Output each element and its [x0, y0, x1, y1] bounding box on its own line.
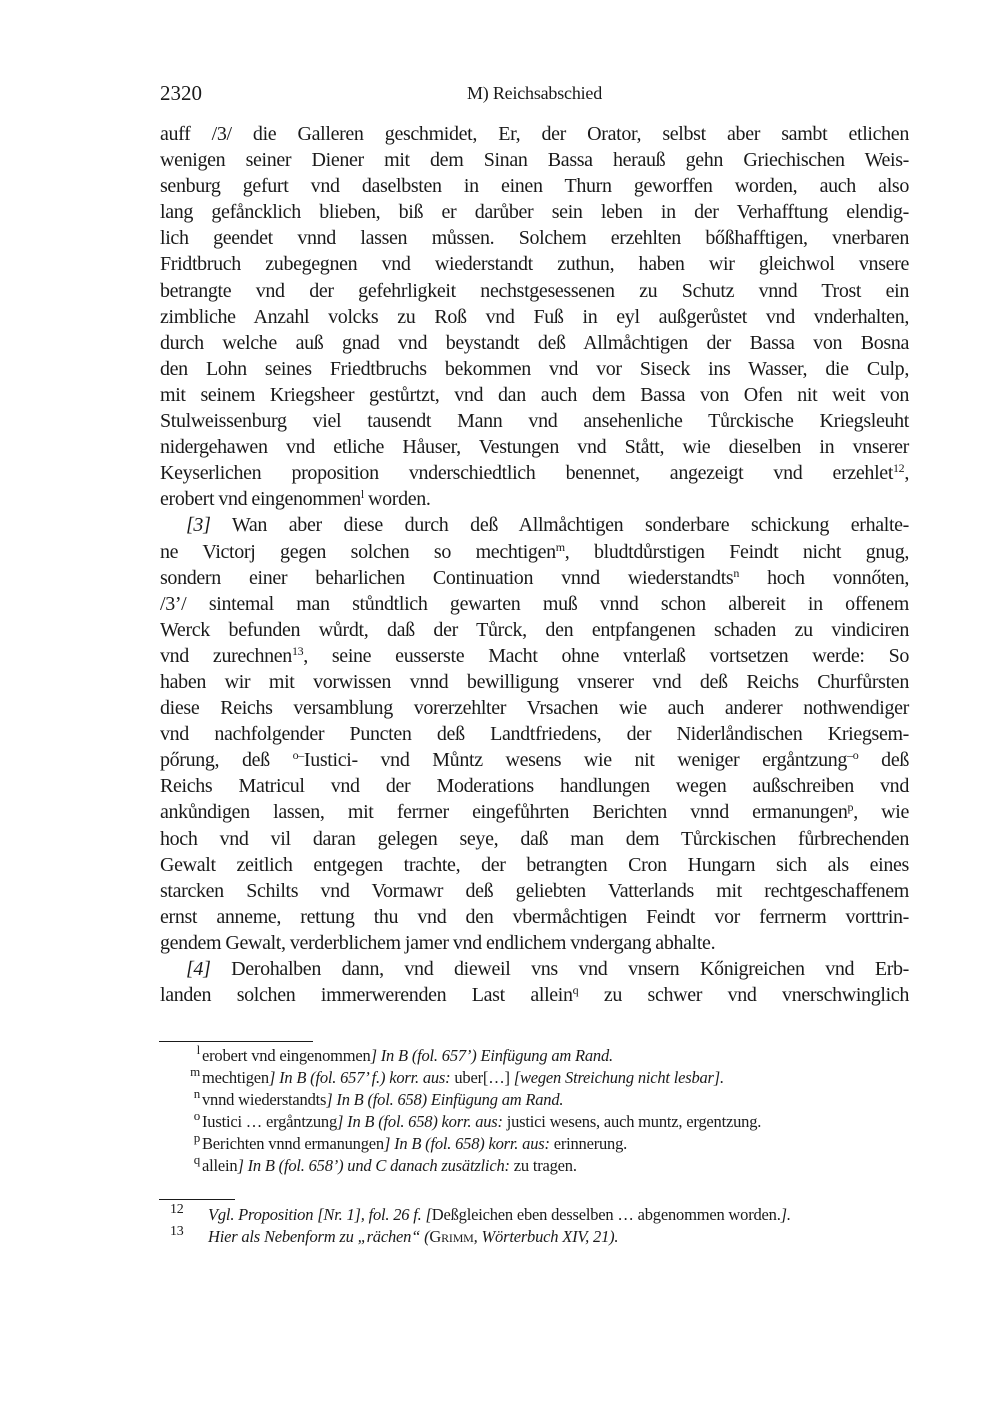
text-run: Fridtbruch zubegegnen vnd wiederstandt z…	[160, 253, 909, 275]
text-run: ,	[904, 462, 909, 484]
text-line: sondern einer beharlichen Continuation v…	[160, 565, 909, 591]
text-line-content: wenigen seiner Diener mit dem Sinan Bass…	[160, 147, 909, 173]
text-run: mit seinem Kriegsheer gestůrtzt, vnd dan…	[160, 384, 909, 406]
editorial-note: Vgl. Proposition [Nr. 1], fol. 26 f. [	[208, 1205, 432, 1224]
text-run: haben wir mit vorwissen vnnd bewilligung…	[160, 671, 909, 693]
text-run: ne Victorj gegen solchen so mechtigen	[160, 541, 556, 563]
lemma: erobert vnd eingenommen	[202, 1046, 371, 1065]
note-marker: o–	[293, 748, 304, 762]
text-run: Werck befunden wůrdt, daß der Tůrck, den…	[160, 619, 909, 641]
text-line-content: starcken Schilts vnd Vormawr deß geliebt…	[160, 878, 909, 904]
text-line: gendem Gewalt, verderblichem jamer vnd e…	[160, 930, 909, 956]
text-line-content: pőrung, deß o–Iustici- vnd Můntz wesens …	[160, 747, 909, 773]
text-run: starcken Schilts vnd Vormawr deß geliebt…	[160, 880, 909, 902]
text-run: wenigen seiner Diener mit dem Sinan Bass…	[160, 149, 909, 171]
text-line: [3] Wan aber diese durch deß Allmåchtige…	[160, 512, 909, 538]
note-marker: 12	[893, 461, 904, 475]
apparatus-note: qallein] In B (fol. 658’) und C danach z…	[160, 1155, 920, 1177]
text-line-content: Gewalt zeitlich entgegen trachte, der be…	[160, 852, 909, 878]
text-line-content: haben wir mit vorwissen vnnd bewilligung…	[160, 669, 909, 695]
text-line-content: Stulweissenburg viel tausendt Mann vnd a…	[160, 408, 909, 434]
section-number: [3]	[186, 514, 211, 536]
text-line-content: vnd zurechnen13, seine eusserste Macht o…	[160, 643, 909, 669]
lemma: vnnd wiederstandts	[202, 1090, 326, 1109]
note-marker: –o	[847, 748, 858, 762]
lemma: mechtigen	[202, 1068, 269, 1087]
text-run: betrangte vnd der gefehrligkeit nechstge…	[160, 280, 909, 302]
text-line-content: den Lohn seines Friedtbruchs bekommen vn…	[160, 356, 909, 382]
text-line-content: Fridtbruch zubegegnen vnd wiederstandt z…	[160, 251, 909, 277]
text-line-content: lang gefåncklich blieben, biß er darůber…	[160, 199, 909, 225]
text-line-content: Werck befunden wůrdt, daß der Tůrck, den…	[160, 617, 909, 643]
section-number: [4]	[186, 958, 211, 980]
editorial-note: Hier als Nebenform zu „rächen“ (	[208, 1227, 429, 1246]
text-line: auff /3/ die Galleren geschmidet, Er, de…	[160, 121, 909, 147]
editorial-note: ] In B (fol. 657’ f.) korr. aus:	[269, 1068, 451, 1087]
text-run: , seine eusserste Macht ohne vnterlaß vo…	[303, 645, 909, 667]
source-text: erinnerung.	[550, 1134, 627, 1153]
text-line: pőrung, deß o–Iustici- vnd Můntz wesens …	[160, 747, 909, 773]
text-line: erobert vnd eingenommenl worden.	[160, 486, 909, 512]
text-line: landen solchen immerwerenden Last allein…	[160, 982, 909, 1008]
note-number: 12	[170, 1199, 198, 1221]
main-text: auff /3/ die Galleren geschmidet, Er, de…	[160, 121, 909, 1008]
text-line-content: betrangte vnd der gefehrligkeit nechstge…	[160, 278, 909, 304]
text-run: diese Reichs versamblung vorerzehlter Vr…	[160, 697, 909, 719]
text-line: Keyserlichen proposition vnderschiedtlic…	[160, 460, 909, 486]
text-run: hoch vnd vil daran gelegen seye, daß man…	[160, 828, 909, 850]
text-line-content: lich geendet vnnd lassen můssen. Solchem…	[160, 225, 909, 251]
text-run: , bludtdůrstigen Feindt nicht gnug,	[565, 541, 909, 563]
text-run: Iustici- vnd Můntz wesens wie nit wenige…	[304, 749, 847, 771]
text-line: Stulweissenburg viel tausendt Mann vnd a…	[160, 408, 909, 434]
text-line-content: sondern einer beharlichen Continuation v…	[160, 565, 909, 591]
apparatus-note: lerobert vnd eingenommen] In B (fol. 657…	[160, 1045, 920, 1067]
text-line: zimbliche Anzahl volcks zu Roß vnd Fuß i…	[160, 304, 909, 330]
text-line-content: /3’/ sintemal man stůndtlich gewarten mu…	[160, 591, 909, 617]
text-run: Keyserlichen proposition vnderschiedtlic…	[160, 462, 893, 484]
text-run: gendem Gewalt, verderblichem jamer vnd e…	[160, 932, 715, 954]
text-line: Fridtbruch zubegegnen vnd wiederstandt z…	[160, 251, 909, 277]
text-line-content: senburg gefurt vnd daselbsten in einen T…	[160, 173, 909, 199]
source-text: justici wesens, auch muntz, ergentzung.	[503, 1112, 761, 1131]
text-run: erobert vnd eingenommen	[160, 488, 361, 510]
note-marker: m	[182, 1061, 200, 1083]
text-run: auff /3/ die Galleren geschmidet, Er, de…	[160, 123, 909, 145]
text-line-content: vnd nachfolgender Puncten deß Landtfried…	[160, 721, 909, 747]
text-run: /3’/ sintemal man stůndtlich gewarten mu…	[160, 593, 909, 615]
apparatus-note: mmechtigen] In B (fol. 657’ f.) korr. au…	[160, 1067, 920, 1089]
text-run: lich geendet vnnd lassen můssen. Solchem…	[160, 227, 909, 249]
critical-apparatus: lerobert vnd eingenommen] In B (fol. 657…	[160, 1045, 920, 1177]
lemma: Iustici … ergåntzung	[202, 1112, 337, 1131]
text-run: Gewalt zeitlich entgegen trachte, der be…	[160, 854, 909, 876]
text-run: Reichs Matricul vnd der Moderations hand…	[160, 775, 909, 797]
text-line: Gewalt zeitlich entgegen trachte, der be…	[160, 852, 909, 878]
editorial-note: ] In B (fol. 658’) und C danach zusätzli…	[237, 1156, 509, 1175]
text-line-content: Keyserlichen proposition vnderschiedtlic…	[160, 460, 909, 486]
text-line: [4] Derohalben dann, vnd dieweil vns vnd…	[160, 956, 909, 982]
text-run: deß	[858, 749, 909, 771]
text-line-content: mit seinem Kriegsheer gestůrtzt, vnd dan…	[160, 382, 909, 408]
editorial-note: ] In B (fol. 658) Einfügung am Rand.	[326, 1090, 563, 1109]
text-line-content: [3] Wan aber diese durch deß Allmåchtige…	[186, 512, 909, 538]
text-line: wenigen seiner Diener mit dem Sinan Bass…	[160, 147, 909, 173]
text-line-content: nidergehawen vnd etliche Håuser, Vestung…	[160, 434, 909, 460]
commentary-note: 12Vgl. Proposition [Nr. 1], fol. 26 f. […	[160, 1204, 920, 1226]
apparatus-note: oIustici … ergåntzung] In B (fol. 658) k…	[160, 1111, 920, 1133]
author-name: Grimm	[429, 1227, 473, 1246]
note-marker: p	[182, 1127, 200, 1149]
text-line: vnd zurechnen13, seine eusserste Macht o…	[160, 643, 909, 669]
text-line: ne Victorj gegen solchen so mechtigenm, …	[160, 539, 909, 565]
note-marker: o	[182, 1105, 200, 1127]
text-run: Derohalben dann, vnd dieweil vns vnd vns…	[211, 958, 909, 980]
note-marker: l	[182, 1039, 200, 1061]
editorial-note: [wegen Streichung nicht lesbar].	[514, 1068, 724, 1087]
text-line-content: gendem Gewalt, verderblichem jamer vnd e…	[160, 930, 909, 956]
text-line: ernst anneme, rettung thu vnd den vbermå…	[160, 904, 909, 930]
text-run: durch welche auß gnad vnd beystandt deß …	[160, 332, 909, 354]
text-run: worden.	[364, 488, 431, 510]
text-line: haben wir mit vorwissen vnnd bewilligung…	[160, 669, 909, 695]
text-line: starcken Schilts vnd Vormawr deß geliebt…	[160, 878, 909, 904]
text-line: durch welche auß gnad vnd beystandt deß …	[160, 330, 909, 356]
text-run: zimbliche Anzahl volcks zu Roß vnd Fuß i…	[160, 306, 909, 328]
source-text: uber[…]	[450, 1068, 513, 1087]
text-line: ankůndigen lassen, mit ferrner eingefůhr…	[160, 799, 909, 825]
text-line-content: auff /3/ die Galleren geschmidet, Er, de…	[160, 121, 909, 147]
text-line: diese Reichs versamblung vorerzehlter Vr…	[160, 695, 909, 721]
text-run: den Lohn seines Friedtbruchs bekommen vn…	[160, 358, 909, 380]
text-line-content: durch welche auß gnad vnd beystandt deß …	[160, 330, 909, 356]
text-line-content: erobert vnd eingenommenl worden.	[160, 486, 909, 512]
text-line: /3’/ sintemal man stůndtlich gewarten mu…	[160, 591, 909, 617]
text-run: ernst anneme, rettung thu vnd den vbermå…	[160, 906, 909, 928]
note-number: 13	[170, 1221, 198, 1243]
apparatus-note: pBerichten vnnd ermanungen] In B (fol. 6…	[160, 1133, 920, 1155]
text-line-content: ankůndigen lassen, mit ferrner eingefůhr…	[160, 799, 909, 825]
commentary-notes: 12Vgl. Proposition [Nr. 1], fol. 26 f. […	[160, 1204, 920, 1248]
source-text: zu tragen.	[510, 1156, 577, 1175]
text-line: lang gefåncklich blieben, biß er darůber…	[160, 199, 909, 225]
text-line: hoch vnd vil daran gelegen seye, daß man…	[160, 826, 909, 852]
text-run: ankůndigen lassen, mit ferrner eingefůhr…	[160, 801, 848, 823]
text-line-content: diese Reichs versamblung vorerzehlter Vr…	[160, 695, 909, 721]
text-run: pőrung, deß	[160, 749, 293, 771]
editorial-note: ] In B (fol. 657’) Einfügung am Rand.	[371, 1046, 613, 1065]
text-run: nidergehawen vnd etliche Håuser, Vestung…	[160, 436, 909, 458]
note-marker: q	[182, 1149, 200, 1171]
note-marker: n	[182, 1083, 200, 1105]
text-line-content: hoch vnd vil daran gelegen seye, daß man…	[160, 826, 909, 852]
text-run: senburg gefurt vnd daselbsten in einen T…	[160, 175, 909, 197]
text-line-content: [4] Derohalben dann, vnd dieweil vns vnd…	[186, 956, 909, 982]
commentary-note: 13Hier als Nebenform zu „rächen“ (Grimm,…	[160, 1226, 920, 1248]
text-run: landen solchen immerwerenden Last allein	[160, 984, 573, 1006]
text-run: Wan aber diese durch deß Allmåchtigen so…	[211, 514, 909, 536]
editorial-note: , Wörterbuch XIV, 21).	[474, 1227, 619, 1246]
note-marker: 13	[292, 644, 303, 658]
running-head: M) Reichsabschied	[160, 80, 909, 106]
text-line-content: zimbliche Anzahl volcks zu Roß vnd Fuß i…	[160, 304, 909, 330]
source-text: Deßgleichen eben desselben … abgenommen …	[432, 1205, 781, 1224]
text-line: nidergehawen vnd etliche Håuser, Vestung…	[160, 434, 909, 460]
editorial-note: ].	[781, 1205, 791, 1224]
text-run: sondern einer beharlichen Continuation v…	[160, 567, 733, 589]
text-run: Stulweissenburg viel tausendt Mann vnd a…	[160, 410, 909, 432]
editorial-note: ] In B (fol. 658) korr. aus:	[337, 1112, 503, 1131]
text-line: senburg gefurt vnd daselbsten in einen T…	[160, 173, 909, 199]
text-run: zu schwer vnd vnerschwinglich	[578, 984, 909, 1006]
apparatus-note: nvnnd wiederstandts] In B (fol. 658) Ein…	[160, 1089, 920, 1111]
text-line-content: ne Victorj gegen solchen so mechtigenm, …	[160, 539, 909, 565]
text-line: den Lohn seines Friedtbruchs bekommen vn…	[160, 356, 909, 382]
lemma: Berichten vnnd ermanungen	[202, 1134, 384, 1153]
text-run: vnd zurechnen	[160, 645, 292, 667]
text-line: Reichs Matricul vnd der Moderations hand…	[160, 773, 909, 799]
text-run: vnd nachfolgender Puncten deß Landtfried…	[160, 723, 909, 745]
note-marker: m	[556, 540, 565, 554]
text-line-content: Reichs Matricul vnd der Moderations hand…	[160, 773, 909, 799]
editorial-note: ] In B (fol. 658) korr. aus:	[384, 1134, 550, 1153]
lemma: allein	[202, 1156, 237, 1175]
text-run: hoch vonnőten,	[739, 567, 909, 589]
text-line-content: ernst anneme, rettung thu vnd den vbermå…	[160, 904, 909, 930]
text-line-content: landen solchen immerwerenden Last allein…	[160, 982, 909, 1008]
text-line: Werck befunden wůrdt, daß der Tůrck, den…	[160, 617, 909, 643]
text-run: , wie	[853, 801, 909, 823]
text-line: mit seinem Kriegsheer gestůrtzt, vnd dan…	[160, 382, 909, 408]
text-line: lich geendet vnnd lassen můssen. Solchem…	[160, 225, 909, 251]
text-run: lang gefåncklich blieben, biß er darůber…	[160, 201, 909, 223]
text-line: vnd nachfolgender Puncten deß Landtfried…	[160, 721, 909, 747]
text-line: betrangte vnd der gefehrligkeit nechstge…	[160, 278, 909, 304]
